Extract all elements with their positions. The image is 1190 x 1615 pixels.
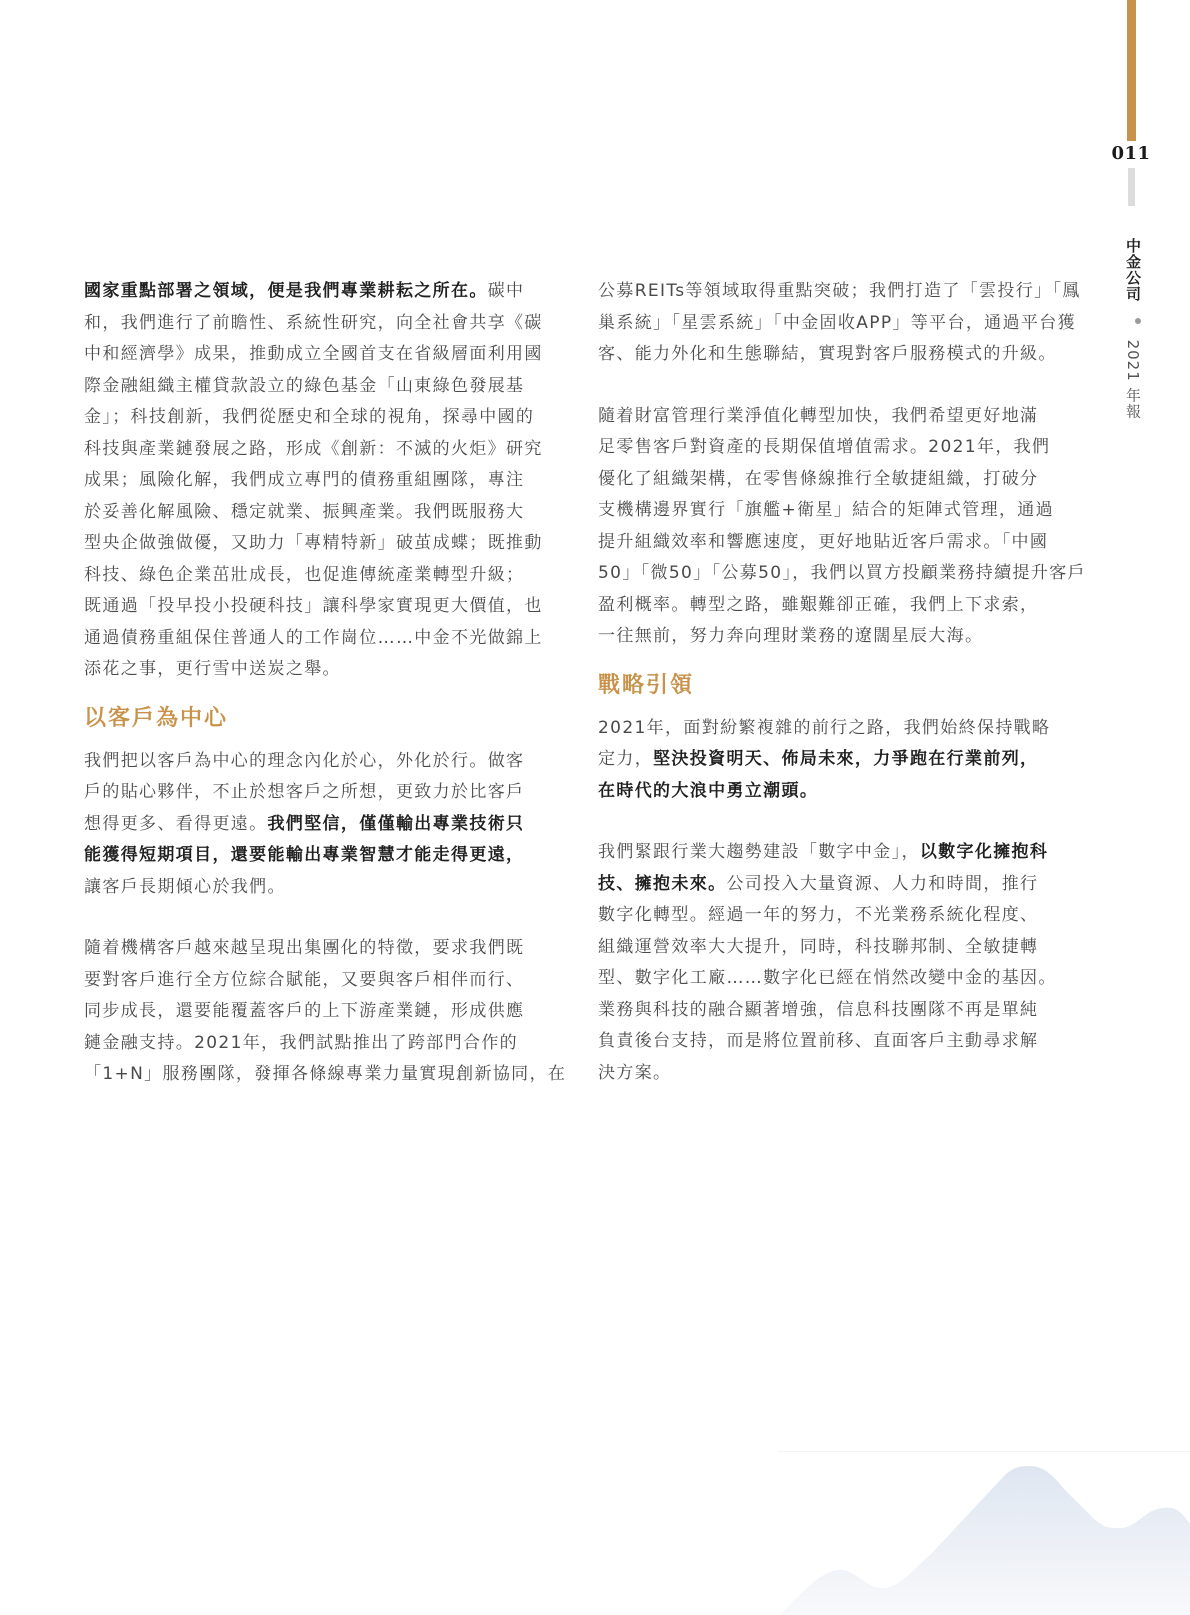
body-text: 公司投入大量資源、人力和時間，推行 <box>726 874 1038 894</box>
running-header: 中金公司 2021 年報 <box>1122 238 1144 420</box>
body-text: 戶的貼心夥伴，不止於想客戶之所想，更致力於比客戶 <box>84 782 524 802</box>
report-title: 2021 年報 <box>1124 340 1142 420</box>
text-line: 公募REITs等領域取得重點突破；我們打造了「雲投行」「鳳 <box>598 276 1078 308</box>
body-text: 定力， <box>598 749 653 769</box>
text-line: 盈利概率。轉型之路，雖艱難卻正確，我們上下求索， <box>598 590 1078 622</box>
text-line: 組織運營效率大大提升，同時，科技聯邦制、全敏捷轉 <box>598 932 1078 964</box>
text-line: 我們緊跟行業大趨勢建設「數字中金」，以數字化擁抱科 <box>598 837 1078 869</box>
text-line: 我們把以客戶為中心的理念內化於心，外化於行。做客 <box>84 746 564 778</box>
body-text: 型央企做強做優，又助力「專精特新」破茧成蝶；既推動 <box>84 533 543 553</box>
text-line: 和，我們進行了前瞻性、系統性研究，向全社會共享《碳 <box>84 308 564 340</box>
paragraph: 公募REITs等領域取得重點突破；我們打造了「雲投行」「鳳巢系統」「星雲系統」「… <box>598 276 1078 371</box>
text-line: 能獲得短期項目，還要能輸出專業智慧才能走得更遠， <box>84 840 564 872</box>
accent-bar <box>1127 0 1136 141</box>
body-text: 我們把以客戶為中心的理念內化於心，外化於行。做客 <box>84 751 524 771</box>
text-line: 定力，堅決投資明天、佈局未來，力爭跑在行業前列， <box>598 744 1078 776</box>
mountain-icon <box>760 1400 1190 1615</box>
text-line: 科技、綠色企業茁壯成長，也促進傳統產業轉型升級； <box>84 560 564 592</box>
text-line: 決方案。 <box>598 1058 1078 1090</box>
body-text: 際金融組織主權貸款設立的綠色基金「山東綠色發展基 <box>84 376 524 396</box>
text-line: 既通過「投早投小投硬科技」讓科學家實現更大價值，也 <box>84 591 564 623</box>
text-line: 要對客戶進行全方位綜合賦能，又要與客戶相伴而行、 <box>84 965 564 997</box>
paragraph: 隨着機構客戶越來越呈現出集團化的特徵，要求我們既要對客戶進行全方位綜合賦能，又要… <box>84 933 564 1091</box>
text-line: 型央企做強做優，又助力「專精特新」破茧成蝶；既推動 <box>84 528 564 560</box>
emphasis-text: 能獲得短期項目，還要能輸出專業智慧才能走得更遠， <box>84 845 524 865</box>
body-text: 碳中 <box>488 281 525 301</box>
text-line: 客、能力外化和生態聯結，實現對客戶服務模式的升級。 <box>598 339 1078 371</box>
body-text: 想得更多、看得更遠。 <box>84 814 268 834</box>
body-text: 決方案。 <box>598 1063 671 1083</box>
text-line: 添花之事，更行雪中送炭之舉。 <box>84 654 564 686</box>
text-line: 50」「微50」「公募50」，我們以買方投顧業務持續提升客戶 <box>598 558 1078 590</box>
body-text: 讓客戶長期傾心於我們。 <box>84 877 286 897</box>
company-name: 中金公司 <box>1124 238 1142 302</box>
body-text: 「1+N」服務團隊，發揮各條線專業力量實現創新協同，在 <box>84 1064 566 1084</box>
body-text: 組織運營效率大大提升，同時，科技聯邦制、全敏捷轉 <box>598 937 1038 957</box>
body-text: 鏈金融支持。2021年，我們試點推出了跨部門合作的 <box>84 1033 518 1053</box>
emphasis-text: 以數字化擁抱科 <box>920 842 1048 862</box>
body-text: 科技與產業鏈發展之路，形成《創新：不滅的火炬》研究 <box>84 439 543 459</box>
text-line: 數字化轉型。經過一年的努力，不光業務系統化程度、 <box>598 900 1078 932</box>
text-line: 通過債務重組保住普通人的工作崗位……中金不光做錦上 <box>84 623 564 655</box>
text-line: 支機構邊界實行「旗艦+衛星」結合的矩陣式管理，通過 <box>598 495 1078 527</box>
body-text: 同步成長，還要能覆蓋客戶的上下游產業鏈，形成供應 <box>84 1001 524 1021</box>
body-text: 既通過「投早投小投硬科技」讓科學家實現更大價值，也 <box>84 596 543 616</box>
text-line: 一往無前，努力奔向理財業務的遼闊星辰大海。 <box>598 621 1078 653</box>
body-text: 要對客戶進行全方位綜合賦能，又要與客戶相伴而行、 <box>84 970 524 990</box>
body-text: 盈利概率。轉型之路，雖艱難卻正確，我們上下求索， <box>598 595 1038 615</box>
text-line: 巢系統」「星雲系統」「中金固收APP」等平台，通過平台獲 <box>598 308 1078 340</box>
body-text: 金」；科技創新，我們從歷史和全球的視角，探尋中國的 <box>84 407 534 427</box>
text-line: 科技與產業鏈發展之路，形成《創新：不滅的火炬》研究 <box>84 434 564 466</box>
bullet-dot-icon <box>1135 318 1141 324</box>
body-text: 50」「微50」「公募50」，我們以買方投顧業務持續提升客戶 <box>598 563 1086 583</box>
text-line: 同步成長，還要能覆蓋客戶的上下游產業鏈，形成供應 <box>84 996 564 1028</box>
body-text: 足零售客戶對資產的長期保值增值需求。2021年，我們 <box>598 437 1050 457</box>
body-text: 型、數字化工廠……數字化已經在悄然改變中金的基因。 <box>598 968 1057 988</box>
paragraph: 隨着財富管理行業淨值化轉型加快，我們希望更好地滿足零售客戶對資產的長期保值增值需… <box>598 401 1078 653</box>
text-line: 想得更多、看得更遠。我們堅信，僅僅輸出專業技術只 <box>84 809 564 841</box>
text-line: 戶的貼心夥伴，不止於想客戶之所想，更致力於比客戶 <box>84 777 564 809</box>
text-line: 足零售客戶對資產的長期保值增值需求。2021年，我們 <box>598 432 1078 464</box>
text-line: 於妥善化解風險、穩定就業、振興產業。我們既服務大 <box>84 497 564 529</box>
body-text: 業務與科技的融合顯著增強，信息科技團隊不再是單純 <box>598 1000 1038 1020</box>
body-text: 隨着財富管理行業淨值化轉型加快，我們希望更好地滿 <box>598 406 1038 426</box>
body-text: 隨着機構客戶越來越呈現出集團化的特徵，要求我們既 <box>84 938 524 958</box>
body-text: 中和經濟學》成果，推動成立全國首支在省級層面利用國 <box>84 344 543 364</box>
body-text: 科技、綠色企業茁壯成長，也促進傳統產業轉型升級； <box>84 565 524 585</box>
paragraph-gap <box>598 371 1078 401</box>
body-text: 優化了組織架構，在零售條線推行全敏捷組織，打破分 <box>598 469 1038 489</box>
paragraph: 我們把以客戶為中心的理念內化於心，外化於行。做客戶的貼心夥伴，不止於想客戶之所想… <box>84 746 564 904</box>
paragraph-gap <box>598 807 1078 837</box>
body-text: 我們緊跟行業大趨勢建設「數字中金」， <box>598 842 920 862</box>
body-text: 客、能力外化和生態聯結，實現對客戶服務模式的升級。 <box>598 344 1057 364</box>
emphasis-text: 國家重點部署之領域，便是我們專業耕耘之所在。 <box>84 281 488 301</box>
right-column: 公募REITs等領域取得重點突破；我們打造了「雲投行」「鳳巢系統」「星雲系統」「… <box>598 276 1078 1089</box>
text-line: 鏈金融支持。2021年，我們試點推出了跨部門合作的 <box>84 1028 564 1060</box>
body-text: 一往無前，努力奔向理財業務的遼闊星辰大海。 <box>598 626 983 646</box>
emphasis-text: 在時代的大浪中勇立潮頭。 <box>598 781 818 801</box>
text-line: 際金融組織主權貸款設立的綠色基金「山東綠色發展基 <box>84 371 564 403</box>
text-line: 隨着財富管理行業淨值化轉型加快，我們希望更好地滿 <box>598 401 1078 433</box>
section-heading-strategic-leadership: 戰略引領 <box>598 665 1078 707</box>
body-text: 公募REITs等領域取得重點突破；我們打造了「雲投行」「鳳 <box>598 281 1081 301</box>
body-text: 通過債務重組保住普通人的工作崗位……中金不光做錦上 <box>84 628 543 648</box>
emphasis-text: 技、擁抱未來。 <box>598 874 726 894</box>
body-text: 負責後台支持，而是將位置前移、直面客戶主動尋求解 <box>598 1031 1038 1051</box>
text-line: 中和經濟學》成果，推動成立全國首支在省級層面利用國 <box>84 339 564 371</box>
body-text: 2021年，面對紛繁複雜的前行之路，我們始終保持戰略 <box>598 718 1050 738</box>
body-text: 支機構邊界實行「旗艦+衛星」結合的矩陣式管理，通過 <box>598 500 1054 520</box>
text-line: 技、擁抱未來。公司投入大量資源、人力和時間，推行 <box>598 869 1078 901</box>
body-text: 於妥善化解風險、穩定就業、振興產業。我們既服務大 <box>84 502 524 522</box>
paragraph: 國家重點部署之領域，便是我們專業耕耘之所在。碳中和，我們進行了前瞻性、系統性研究… <box>84 276 564 686</box>
paragraph-gap <box>84 903 564 933</box>
emphasis-text: 我們堅信，僅僅輸出專業技術只 <box>268 814 525 834</box>
text-line: 2021年，面對紛繁複雜的前行之路，我們始終保持戰略 <box>598 713 1078 745</box>
divider-bar <box>1128 168 1135 206</box>
body-text: 巢系統」「星雲系統」「中金固收APP」等平台，通過平台獲 <box>598 313 1076 333</box>
text-line: 優化了組織架構，在零售條線推行全敏捷組織，打破分 <box>598 464 1078 496</box>
body-text: 數字化轉型。經過一年的努力，不光業務系統化程度、 <box>598 905 1038 925</box>
text-line: 國家重點部署之領域，便是我們專業耕耘之所在。碳中 <box>84 276 564 308</box>
text-line: 提升組織效率和響應速度，更好地貼近客戶需求。「中國 <box>598 527 1078 559</box>
text-line: 讓客戶長期傾心於我們。 <box>84 872 564 904</box>
emphasis-text: 堅決投資明天、佈局未來，力爭跑在行業前列， <box>653 749 1038 769</box>
text-line: 負責後台支持，而是將位置前移、直面客戶主動尋求解 <box>598 1026 1078 1058</box>
text-line: 型、數字化工廠……數字化已經在悄然改變中金的基因。 <box>598 963 1078 995</box>
text-line: 金」；科技創新，我們從歷史和全球的視角，探尋中國的 <box>84 402 564 434</box>
section-heading-customer-centric: 以客戶為中心 <box>84 698 564 740</box>
text-line: 業務與科技的融合顯著增強，信息科技團隊不再是單純 <box>598 995 1078 1027</box>
paragraph: 2021年，面對紛繁複雜的前行之路，我們始終保持戰略定力，堅決投資明天、佈局未來… <box>598 713 1078 808</box>
page-number: 011 <box>1106 143 1156 164</box>
paragraph: 我們緊跟行業大趨勢建設「數字中金」，以數字化擁抱科技、擁抱未來。公司投入大量資源… <box>598 837 1078 1089</box>
left-column: 國家重點部署之領域，便是我們專業耕耘之所在。碳中和，我們進行了前瞻性、系統性研究… <box>84 276 564 1091</box>
body-text: 提升組織效率和響應速度，更好地貼近客戶需求。「中國 <box>598 532 1048 552</box>
text-line: 在時代的大浪中勇立潮頭。 <box>598 776 1078 808</box>
body-text: 和，我們進行了前瞻性、系統性研究，向全社會共享《碳 <box>84 313 543 333</box>
text-line: 成果；風險化解，我們成立專門的債務重組團隊，專注 <box>84 465 564 497</box>
body-text: 成果；風險化解，我們成立專門的債務重組團隊，專注 <box>84 470 524 490</box>
body-text: 添花之事，更行雪中送炭之舉。 <box>84 659 341 679</box>
text-line: 「1+N」服務團隊，發揮各條線專業力量實現創新協同，在 <box>84 1059 564 1091</box>
text-line: 隨着機構客戶越來越呈現出集團化的特徵，要求我們既 <box>84 933 564 965</box>
